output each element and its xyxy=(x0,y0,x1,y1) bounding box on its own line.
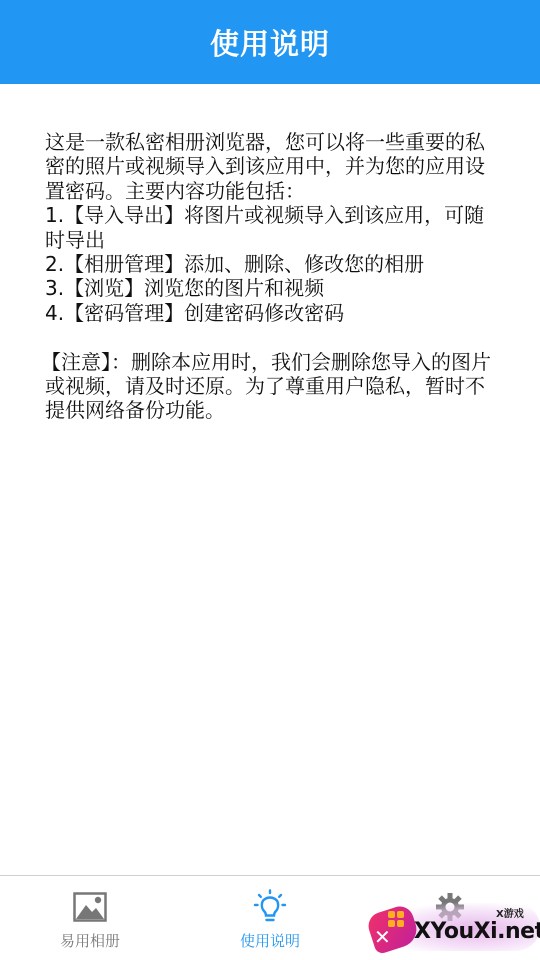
page-title: 使用说明 xyxy=(210,22,330,63)
tab-label: 易用相册 xyxy=(60,930,120,951)
app-header: 使用说明 xyxy=(0,0,540,84)
image-icon xyxy=(73,890,107,924)
intro-paragraph: 这是一款私密相册浏览器，您可以将一些重要的私密的照片或视频导入到该应用中，并为您… xyxy=(45,130,495,203)
notice-paragraph: 【注意】：删除本应用时，我们会删除您导入的图片或视频，请及时还原。为了尊重用户隐… xyxy=(45,350,495,423)
app-root: 使用说明 这是一款私密相册浏览器，您可以将一些重要的私密的照片或视频导入到该应用… xyxy=(0,0,540,960)
tab-album[interactable]: 易用相册 xyxy=(0,876,180,960)
instructions-content: 这是一款私密相册浏览器，您可以将一些重要的私密的照片或视频导入到该应用中，并为您… xyxy=(45,130,495,423)
tab-settings[interactable] xyxy=(360,876,540,960)
gear-icon xyxy=(433,890,467,924)
feature-item: 2.【相册管理】添加、删除、修改您的相册 xyxy=(45,252,495,276)
tab-instructions[interactable]: 使用说明 xyxy=(180,876,360,960)
feature-item: 1.【导入导出】将图片或视频导入到该应用，可随时导出 xyxy=(45,203,495,252)
spacer xyxy=(45,325,495,349)
tab-label: 使用说明 xyxy=(240,930,300,951)
feature-item: 3.【浏览】浏览您的图片和视频 xyxy=(45,276,495,300)
feature-item: 4.【密码管理】创建密码修改密码 xyxy=(45,301,495,325)
lightbulb-icon xyxy=(253,890,287,924)
bottom-tab-bar: 易用相册 使用说明 xyxy=(0,875,540,960)
